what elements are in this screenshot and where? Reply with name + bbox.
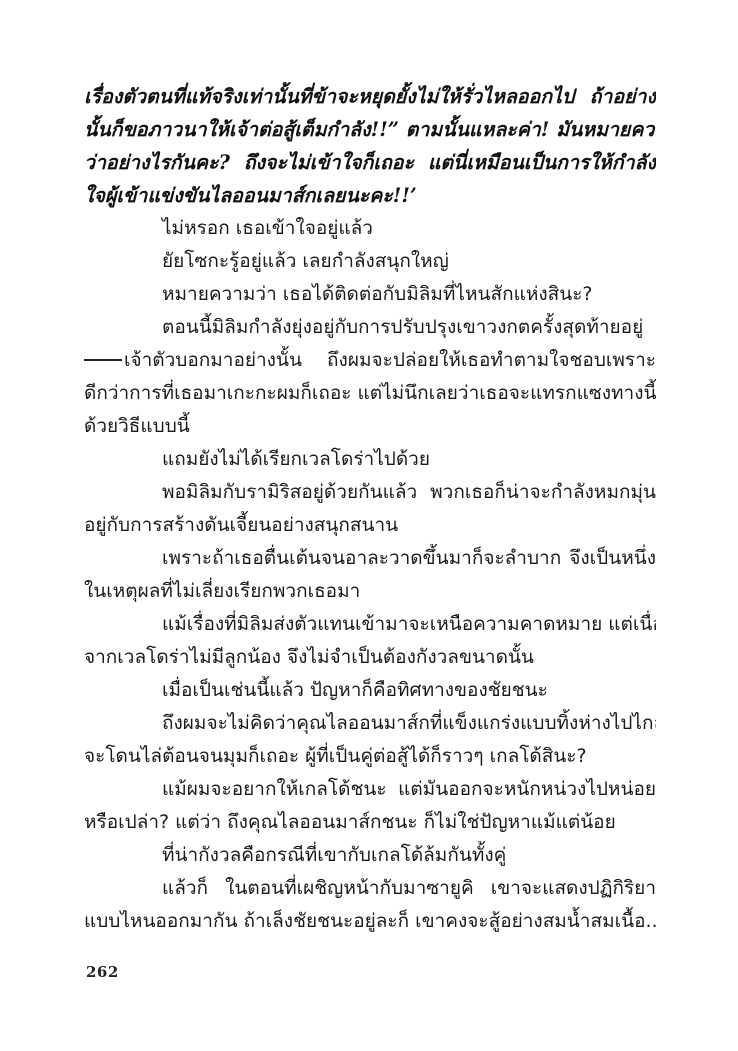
paragraph-line: เพราะถ้าเธอตื่นเต้นจนอาละวาดขึ้นมาก็จะลำ… <box>84 542 656 575</box>
paragraph-line: หรือเปล่า? แต่ว่า ถึงคุณไลออนมาส์กชนะ ก็… <box>84 806 656 839</box>
paragraph-line: จากเวลโดร่าไม่มีลูกน้อง จึงไม่จำเป็นต้อง… <box>84 641 656 674</box>
paragraph-line: ตอนนี้มิลิมกำลังยุ่งอยู่กับการปรับปรุงเข… <box>84 311 656 344</box>
italic-line: ใจผู้เข้าแข่งขันไลออนมาส์กเลยนะคะ!!’ <box>84 179 656 212</box>
italic-line: ว่าอย่างไรกันคะ? ถึงจะไม่เข้าใจก็เถอะ แต… <box>84 146 656 179</box>
paragraph-line: ดีกว่าการที่เธอมาเกะกะผมก็เถอะ แต่ไม่นึก… <box>84 377 656 410</box>
paragraph-line: หมายความว่า เธอได้ติดต่อกับมิลิมที่ไหนสั… <box>84 278 656 311</box>
paragraph-line: จะโดนไล่ต้อนจนมุมก็เถอะ ผู้ที่เป็นคู่ต่อ… <box>84 740 656 773</box>
paragraph-line: ไม่หรอก เธอเข้าใจอยู่แล้ว <box>84 212 656 245</box>
paragraph-line: แม้เรื่องที่มิลิมส่งตัวแทนเข้ามาจะเหนือค… <box>84 608 656 641</box>
paragraph-line: แล้วก็ ในตอนที่เผชิญหน้ากับมาซายูคิ เขาจ… <box>84 872 656 905</box>
em-dash-rule <box>84 359 122 361</box>
paragraph-line: ที่น่ากังวลคือกรณีที่เขากับเกลโด้ล้มกันท… <box>84 839 656 872</box>
paragraph-line-with-dash: เจ้าตัวบอกมาอย่างนั้น ถึงผมจะปล่อยให้เธอ… <box>84 344 656 377</box>
page-number: 262 <box>86 963 119 981</box>
paragraph-line: แบบไหนออกมากัน ถ้าเล็งชัยชนะอยู่ละก็ เขา… <box>84 905 656 938</box>
italic-line: นั้นก็ขอภาวนาให้เจ้าต่อสู้เต็มกำลัง!!” ต… <box>84 113 656 146</box>
paragraph-line: อยู่กับการสร้างดันเจี้ยนอย่างสนุกสนาน <box>84 509 656 542</box>
paragraph-line: ในเหตุผลที่ไม่เลี่ยงเรียกพวกเธอมา <box>84 575 656 608</box>
italic-line: เรื่องตัวตนที่แท้จริงเท่านั้นที่ข้าจะหยุ… <box>84 80 656 113</box>
paragraph-line: ยัยโซกะรู้อยู่แล้ว เลยกำลังสนุกใหญ่ <box>84 245 656 278</box>
paragraph-line: แถมยังไม่ได้เรียกเวลโดร่าไปด้วย <box>84 443 656 476</box>
book-page-text: เรื่องตัวตนที่แท้จริงเท่านั้นที่ข้าจะหยุ… <box>84 80 656 938</box>
paragraph-line: ถึงผมจะไม่คิดว่าคุณไลออนมาส์กที่แข็งแกร่… <box>84 707 656 740</box>
paragraph-line: พอมิลิมกับรามิริสอยู่ด้วยกันแล้ว พวกเธอก… <box>84 476 656 509</box>
paragraph-line: ด้วยวิธีแบบนี้ <box>84 410 656 443</box>
paragraph-text: เจ้าตัวบอกมาอย่างนั้น ถึงผมจะปล่อยให้เธอ… <box>124 349 656 371</box>
paragraph-line: เมื่อเป็นเช่นนี้แล้ว ปัญหาก็คือทิศทางของ… <box>84 674 656 707</box>
paragraph-line: แม้ผมจะอยากให้เกลโด้ชนะ แต่มันออกจะหนักห… <box>84 773 656 806</box>
